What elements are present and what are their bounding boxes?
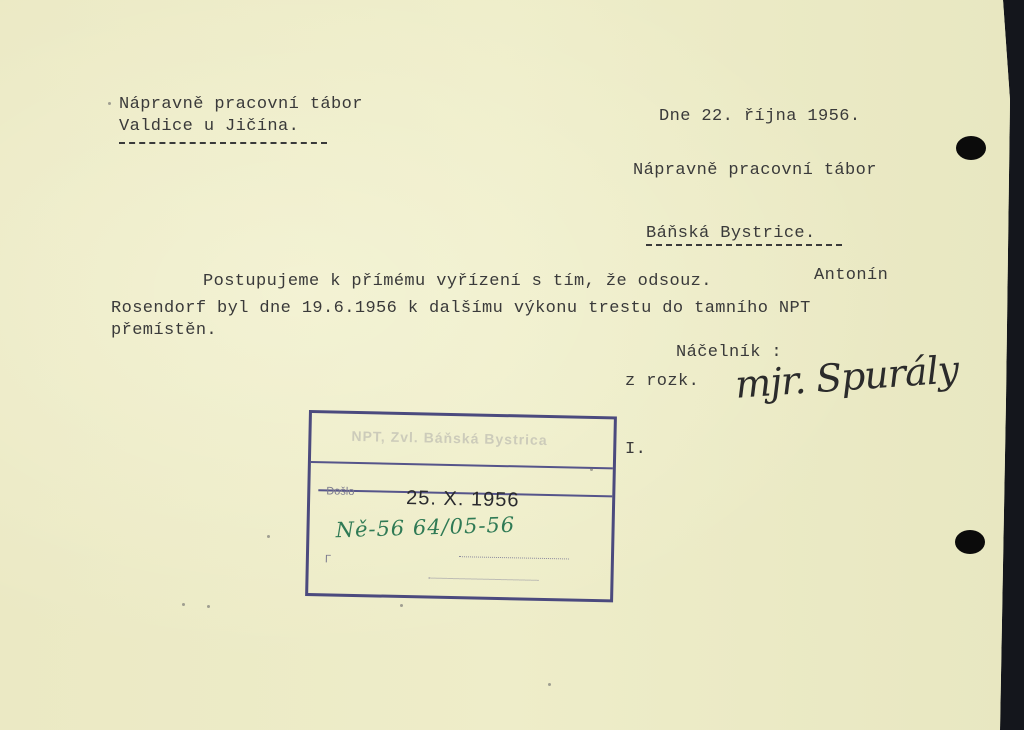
body-line-2: Rosendorf byl dne 19.6.1956 k dalšímu vý… [111, 300, 811, 317]
closing-title: Náčelník : [676, 344, 782, 361]
body-line-1-insert: Antonín [814, 267, 888, 284]
received-stamp: NPT, Zvl. Báňská Bystrica Došlo 25. X. 1… [305, 410, 617, 602]
sender-line-1: Nápravně pracovní tábor [119, 96, 363, 113]
stamp-date-label: Došlo [326, 485, 354, 498]
ink-speck [207, 605, 210, 608]
body-line-3: přemístěn. [111, 322, 217, 339]
sender-line-2: Valdice u Jičína. [119, 118, 299, 135]
date-line: Dne 22. října 1956. [659, 108, 860, 125]
recipient-line-2: Báňská Bystrice. [646, 225, 816, 242]
stamp-reference-handwritten: Ně-56 64/05-56 [335, 513, 515, 543]
stamp-divider-top [311, 461, 613, 469]
closing-on-behalf: z rozk. [625, 373, 699, 390]
stamp-dotted-line-1 [459, 556, 569, 559]
stamp-dotted-line-2 [428, 578, 538, 581]
stamp-row-marker: Γ [325, 553, 331, 565]
punch-hole-top [956, 136, 986, 160]
body-line-1: Postupujeme k přímému vyřízení s tím, že… [203, 273, 712, 290]
recipient-line-1: Nápravně pracovní tábor [633, 162, 877, 179]
punch-hole-bottom [955, 530, 985, 554]
ink-speck [182, 603, 185, 606]
stamp-header: NPT, Zvl. Báňská Bystrica [351, 428, 547, 448]
sender-underline [119, 142, 327, 144]
document-page: Nápravně pracovní tábor Valdice u Jičína… [0, 0, 1010, 730]
ink-speck [548, 683, 551, 686]
recipient-underline [646, 244, 842, 246]
ink-speck [267, 535, 270, 538]
closing-initial: I. [625, 441, 646, 458]
ink-speck [590, 468, 593, 471]
ink-speck [400, 604, 403, 607]
ink-speck [108, 102, 111, 105]
stamp-date: 25. X. 1956 [406, 487, 520, 512]
